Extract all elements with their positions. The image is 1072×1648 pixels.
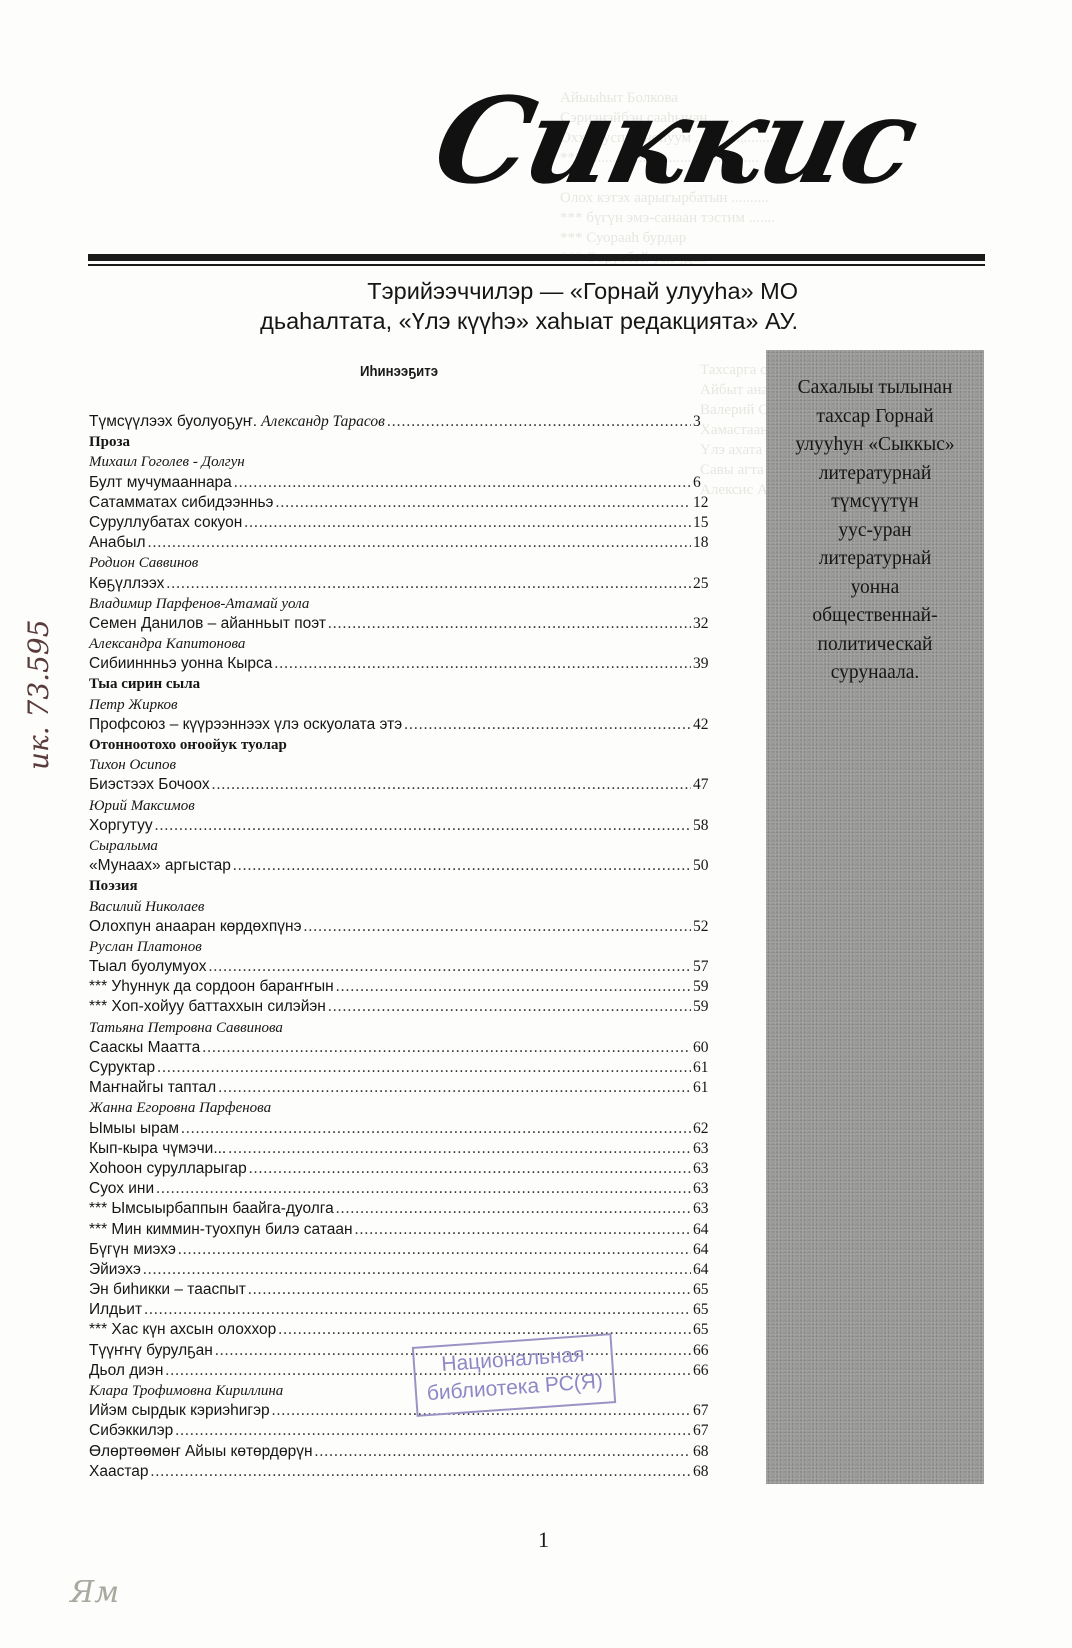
toc-entry-title: Олохпун анааран көрдөхпүнэ <box>89 917 302 937</box>
toc-entry-title: Бүгүн миэхэ <box>89 1240 176 1260</box>
toc-entry-title: Эн биhикки – тааспыт <box>89 1280 246 1300</box>
dot-leader <box>166 574 691 594</box>
toc-entry: Профсоюз – күүрээннээх үлэ оскуолата этэ… <box>89 715 709 735</box>
toc-entry: Көҕүллээх25 <box>89 574 709 594</box>
toc-entry-title: Тыа сирин сыла <box>89 674 200 694</box>
toc-page-number: 67 <box>693 1401 709 1421</box>
toc-entry-title: Сибэккилэр <box>89 1421 173 1441</box>
toc-section-heading: Отонноотохо оҥоойук туолар <box>89 735 709 755</box>
dot-leader <box>148 533 691 553</box>
dot-leader <box>143 1260 691 1280</box>
toc-entry-title: Түмсүүлээх буолуоҕуҥ. <box>89 412 257 432</box>
toc-page-number: 57 <box>693 957 709 977</box>
toc-entry: Өлөртөөмөҥ Айыы көтөрдөрүн68 <box>89 1442 709 1462</box>
toc-author: Клара Трофимовна Кириллина <box>89 1381 709 1401</box>
toc-entry-title: Клара Трофимовна Кириллина <box>89 1381 283 1401</box>
side-panel-line: түмсүүтүн <box>766 488 984 517</box>
toc-page-number: 63 <box>693 1139 709 1159</box>
side-panel-line: уус-уран <box>766 517 984 546</box>
toc-page-number: 64 <box>693 1220 709 1240</box>
publisher-info: Тэрийээччилэр — «Горнай улууhа» МО дьаhа… <box>88 276 798 336</box>
toc-entry-title: Өлөртөөмөҥ Айыы көтөрдөрүн <box>89 1442 313 1462</box>
toc-entry: Анабыл18 <box>89 533 709 553</box>
toc-page-number: 61 <box>693 1078 709 1098</box>
dot-leader <box>208 957 691 977</box>
toc-page-number: 68 <box>693 1462 709 1482</box>
toc-author: Петр Жирков <box>89 695 709 715</box>
dot-leader <box>315 1442 691 1462</box>
dot-leader <box>181 1119 691 1139</box>
dot-leader <box>404 715 691 735</box>
toc-entry-title: Профсоюз – күүрээннээх үлэ оскуолата этэ <box>89 715 402 735</box>
toc-entry-title: Илдьит <box>89 1300 142 1320</box>
dot-leader <box>328 997 691 1017</box>
toc-page-number: 67 <box>693 1421 709 1441</box>
dot-leader <box>178 1240 691 1260</box>
toc-entry-title: Жанна Егоровна Парфенова <box>89 1098 271 1118</box>
toc-page-number: 15 <box>693 513 709 533</box>
toc-entry: Маҥнайгы таптал61 <box>89 1078 709 1098</box>
toc-entry-title: Ымыы ырам <box>89 1119 179 1139</box>
toc-page-number: 47 <box>693 775 709 795</box>
toc-page-number: 64 <box>693 1240 709 1260</box>
toc-entry-title: *** Хоп-хойуу баттаххын силэйэн <box>89 997 326 1017</box>
toc-entry: Ымыы ырам62 <box>89 1119 709 1139</box>
toc-entry-title: Сааскы Маатта <box>89 1038 200 1058</box>
toc-entry: Түүҥҥү бурулҕан66 <box>89 1341 709 1361</box>
toc-page-number: 58 <box>693 816 709 836</box>
toc-entry: Хоhоон сурулларыгар63 <box>89 1159 709 1179</box>
toc-page-number: 59 <box>693 997 709 1017</box>
header-rule-thick <box>88 254 985 261</box>
publisher-line-2: дьаhалтата, «Үлэ күүhэ» хаhыат редакцият… <box>88 306 798 336</box>
toc-page-number: 65 <box>693 1300 709 1320</box>
toc-entry: Эн биhикки – тааспыт65 <box>89 1280 709 1300</box>
toc-page-number: 32 <box>693 614 709 634</box>
toc-entry-title: Дьол диэн <box>89 1361 163 1381</box>
toc-entry: *** Уhуннук да сордоон бараҥҥын59 <box>89 977 709 997</box>
toc-entry-title: Ийэм сырдык кэриэhигэр <box>89 1401 270 1421</box>
toc-entry: Сатамматах сибидээнньэ12 <box>89 493 709 513</box>
toc-page-number: 63 <box>693 1159 709 1179</box>
dot-leader <box>233 856 691 876</box>
side-panel-line: тахсар Горнай <box>766 403 984 432</box>
magazine-logo: Сиккис <box>425 82 923 200</box>
dot-leader <box>275 493 691 513</box>
toc-entry: Суруллубатах сокуон15 <box>89 513 709 533</box>
dot-leader <box>355 1220 691 1240</box>
toc-entry-title: Семен Данилов – айанньыт поэт <box>89 614 326 634</box>
toc-author: Татьяна Петровна Саввинова <box>89 1018 709 1038</box>
toc-author: Сыралыма <box>89 836 709 856</box>
toc-entry: Сааскы Маатта60 <box>89 1038 709 1058</box>
side-panel-line: сурунаала. <box>766 659 984 688</box>
publisher-line-1: Тэрийээччилэр — «Горнай улууhа» МО <box>88 276 798 306</box>
toc-entry-title: Василий Николаев <box>89 897 204 917</box>
toc-page-number: 52 <box>693 917 709 937</box>
toc-entry-title: Александра Капитонова <box>89 634 245 654</box>
toc-page-number: 60 <box>693 1038 709 1058</box>
toc-entry: *** Хоп-хойуу баттаххын силэйэн59 <box>89 997 709 1017</box>
toc-author: Михаил Гоголев - Долгун <box>89 452 709 472</box>
toc-page-number: 42 <box>693 715 709 735</box>
toc-entry: Хаастар68 <box>89 1462 709 1482</box>
dot-leader <box>157 1058 691 1078</box>
toc-author: Юрий Максимов <box>89 796 709 816</box>
toc-entry-title: Булт мучумааннара <box>89 473 232 493</box>
handwritten-signature: Ям <box>70 1575 119 1610</box>
library-stamp: Национальная библиотека РС(Я) <box>412 1333 616 1417</box>
dot-leader <box>387 412 691 432</box>
toc-entry: Ийэм сырдык кэриэhигэр67 <box>89 1401 709 1421</box>
toc-entry: *** Ымсыырбаппын баайга-дуолга63 <box>89 1199 709 1219</box>
side-panel-line: литературнай <box>766 460 984 489</box>
toc-page-number: 39 <box>693 654 709 674</box>
toc-author: Руслан Платонов <box>89 937 709 957</box>
toc-entry: *** Хас күн ахсын олоххор65 <box>89 1320 709 1340</box>
handwritten-margin-note: ик. 73.595 <box>22 619 55 770</box>
toc-author: Александра Капитонова <box>89 634 709 654</box>
toc-entry-title: Юрий Максимов <box>89 796 195 816</box>
toc-entry-title: Татьяна Петровна Саввинова <box>89 1018 283 1038</box>
toc-entry: Сибэккилэр67 <box>89 1421 709 1441</box>
toc-entry-title: Петр Жирков <box>89 695 178 715</box>
toc-entry: Дьол диэн66 <box>89 1361 709 1381</box>
dot-leader <box>274 654 691 674</box>
side-panel-line: политическай <box>766 631 984 660</box>
header-rule-thin <box>88 264 985 266</box>
dot-leader <box>228 1139 691 1159</box>
dot-leader <box>175 1421 691 1441</box>
toc-entry: «Мунаах» аргыстар50 <box>89 856 709 876</box>
toc-page-number: 64 <box>693 1260 709 1280</box>
toc-entry-title: Проза <box>89 432 130 452</box>
dot-leader <box>328 614 691 634</box>
side-panel-line: Сахалыы тылынан <box>766 374 984 403</box>
toc-entry-title: Көҕүллээх <box>89 574 164 594</box>
toc-page-number: 3 <box>693 412 709 432</box>
toc-entry-title: Сибииннньэ уонна Кырса <box>89 654 272 674</box>
toc-author: Родион Саввинов <box>89 553 709 573</box>
toc-page-number: 66 <box>693 1361 709 1381</box>
toc-page-number: 65 <box>693 1320 709 1340</box>
toc-entry: Кып-кыра чүмэчи...63 <box>89 1139 709 1159</box>
toc-entry: Биэстээх Бочоох47 <box>89 775 709 795</box>
toc-entry: Олохпун анааран көрдөхпүнэ52 <box>89 917 709 937</box>
toc-entry-title: Суруллубатах сокуон <box>89 513 242 533</box>
toc-entry-author: Александр Тарасов <box>261 412 385 432</box>
dot-leader <box>202 1038 691 1058</box>
dot-leader <box>151 1462 692 1482</box>
dot-leader <box>336 1199 691 1219</box>
toc-entry-title: Тихон Осипов <box>89 755 176 775</box>
toc-entry-title: Хоhоон сурулларыгар <box>89 1159 247 1179</box>
dot-leader <box>336 977 691 997</box>
table-of-contents: Түмсүүлээх буолуоҕуҥ.Александр Тарасов3П… <box>89 412 709 1482</box>
toc-heading: Иhинээҕитэ <box>360 363 438 380</box>
toc-page-number: 61 <box>693 1058 709 1078</box>
toc-entry-title: *** Ымсыырбаппын баайга-дуолга <box>89 1199 334 1219</box>
toc-entry-title: *** Мин киммин-туохпун билэ сатаан <box>89 1220 353 1240</box>
toc-entry-title: Хаастар <box>89 1462 149 1482</box>
toc-page-number: 63 <box>693 1199 709 1219</box>
toc-section-heading: Тыа сирин сыла <box>89 674 709 694</box>
toc-author: Василий Николаев <box>89 897 709 917</box>
toc-author: Тихон Осипов <box>89 755 709 775</box>
toc-entry-title: Михаил Гоголев - Долгун <box>89 452 245 472</box>
dot-leader <box>248 1280 691 1300</box>
toc-entry-title: Поэзия <box>89 876 138 896</box>
dot-leader <box>212 775 691 795</box>
side-panel-description: Сахалыы тылынантахсар Горнайулууhун «Сык… <box>766 374 984 688</box>
toc-entry-title: Отонноотохо оҥоойук туолар <box>89 735 287 755</box>
toc-entry: *** Мин киммин-туохпун билэ сатаан64 <box>89 1220 709 1240</box>
toc-page-number: 25 <box>693 574 709 594</box>
toc-page-number: 50 <box>693 856 709 876</box>
toc-page-number: 65 <box>693 1280 709 1300</box>
toc-page-number: 62 <box>693 1119 709 1139</box>
toc-entry: Эйиэхэ64 <box>89 1260 709 1280</box>
side-panel-line: общественнай- <box>766 602 984 631</box>
toc-entry-title: Маҥнайгы таптал <box>89 1078 216 1098</box>
toc-entry-title: *** Хас күн ахсын олоххор <box>89 1320 276 1340</box>
toc-entry-title: Суох ини <box>89 1179 154 1199</box>
toc-entry-title: Анабыл <box>89 533 146 553</box>
toc-entry-title: Эйиэхэ <box>89 1260 141 1280</box>
toc-entry-title: Родион Саввинов <box>89 553 198 573</box>
toc-entry-title: Хоргутуу <box>89 816 153 836</box>
toc-entry: Булт мучумааннара6 <box>89 473 709 493</box>
side-panel-line: уонна <box>766 574 984 603</box>
toc-entry-title: Владимир Парфенов-Атамай уола <box>89 594 309 614</box>
dot-leader <box>304 917 691 937</box>
toc-entry-title: Кып-кыра чүмэчи... <box>89 1139 226 1159</box>
dot-leader <box>144 1300 691 1320</box>
toc-entry-title: Тыал буолумуох <box>89 957 206 977</box>
dot-leader <box>155 816 691 836</box>
toc-page-number: 63 <box>693 1179 709 1199</box>
dot-leader <box>218 1078 691 1098</box>
toc-page-number: 68 <box>693 1442 709 1462</box>
toc-page-number: 66 <box>693 1341 709 1361</box>
toc-entry: Илдьит65 <box>89 1300 709 1320</box>
page-number: 1 <box>538 1527 549 1553</box>
dot-leader <box>234 473 691 493</box>
toc-entry: Сибииннньэ уонна Кырса39 <box>89 654 709 674</box>
toc-entry-title: Суруктар <box>89 1058 155 1078</box>
dot-leader <box>244 513 691 533</box>
toc-page-number: 18 <box>693 533 709 553</box>
toc-entry: Тыал буолумуох57 <box>89 957 709 977</box>
toc-entry: Хоргутуу58 <box>89 816 709 836</box>
toc-page-number: 59 <box>693 977 709 997</box>
toc-page-number: 6 <box>693 473 709 493</box>
toc-author: Владимир Парфенов-Атамай уола <box>89 594 709 614</box>
toc-entry-title: *** Уhуннук да сордоон бараҥҥын <box>89 977 334 997</box>
dot-leader <box>249 1159 691 1179</box>
toc-author: Жанна Егоровна Парфенова <box>89 1098 709 1118</box>
toc-entry: Бүгүн миэхэ64 <box>89 1240 709 1260</box>
toc-entry-title: Биэстээх Бочоох <box>89 775 210 795</box>
toc-page-number: 12 <box>693 493 709 513</box>
toc-entry-title: Түүҥҥү бурулҕан <box>89 1341 213 1361</box>
toc-entry-title: Руслан Платонов <box>89 937 202 957</box>
toc-entry: Суруктар61 <box>89 1058 709 1078</box>
toc-entry-title: Сыралыма <box>89 836 158 856</box>
toc-section-heading: Поэзия <box>89 876 709 896</box>
dot-leader <box>278 1320 691 1340</box>
toc-entry-title: Сатамматах сибидээнньэ <box>89 493 273 513</box>
toc-entry: Түмсүүлээх буолуоҕуҥ.Александр Тарасов3 <box>89 412 709 432</box>
toc-entry-title: «Мунаах» аргыстар <box>89 856 231 876</box>
toc-section-heading: Проза <box>89 432 709 452</box>
side-panel-line: улууhун «Сыккыс» <box>766 431 984 460</box>
toc-entry: Суох ини63 <box>89 1179 709 1199</box>
dot-leader <box>156 1179 691 1199</box>
side-panel-line: литературнай <box>766 545 984 574</box>
toc-entry: Семен Данилов – айанньыт поэт32 <box>89 614 709 634</box>
